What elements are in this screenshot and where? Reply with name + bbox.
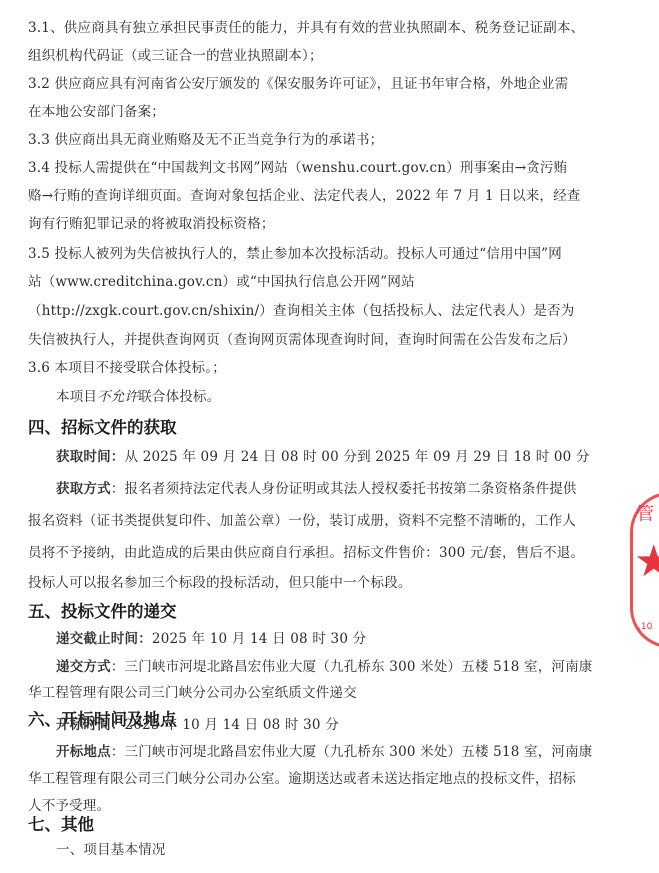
seal-number: .10 — [638, 622, 652, 632]
section-5-deadline-label: 递交截止时间： — [56, 631, 152, 647]
req-3-1-line2: 组织机构代码证（或三证合一的营业执照副本）； — [28, 47, 323, 65]
section-6-time-label: 开标时间： — [56, 717, 125, 733]
section-5-method-line1: 递交方式：三门峡市河堤北路昌宏伟业大厦（九孔桥东 300 米处）五楼 518 室… — [56, 658, 593, 676]
req-3-6: 3.6 本项目不接受联合体投标。； — [28, 359, 226, 377]
req-3-2-line2: 在本地公安部门备案； — [28, 103, 165, 121]
seal-star-icon: ★ — [634, 540, 659, 584]
req-3-5-line4: 失信被执行人，并提供查询网页（查询网页需体现查询时间，查询时间需在公告发布之后） — [28, 331, 576, 349]
section-4-method-line4: 投标人可以报名参加三个标段的投标活动，但只能中一个标段。 — [28, 574, 412, 592]
section-6-place-label: 开标地点 — [56, 744, 111, 760]
section-4-time-label: 获取时间： — [56, 449, 125, 465]
consortium-note-a: 本项目 — [56, 389, 97, 405]
section-5-method-text: ：三门峡市河堤北路昌宏伟业大厦（九孔桥东 300 米处）五楼 518 室，河南康 — [111, 659, 593, 675]
req-3-5-line3: （http://zxgk.court.gov.cn/shixin/）查询相关主体… — [28, 302, 574, 320]
req-3-5-line2: 站（www.creditchina.gov.cn）或“中国执行信息公开网”网站 — [28, 273, 415, 291]
consortium-note: 本项目不允许联合体投标。 — [56, 388, 220, 406]
section-7-heading: 七、其他 — [28, 815, 94, 835]
req-3-2-line1: 3.2 供应商应具有河南省公安厅颁发的《保安服务许可证》，且证书年审合格，外地企… — [28, 75, 568, 93]
consortium-note-italic: 不允许 — [97, 389, 138, 405]
section-4-method-text: ：报名者须持法定代表人身份证明或其法人授权委托书按第二条资格条件提供 — [111, 481, 577, 497]
seal-character: 管 — [636, 500, 654, 526]
section-4-heading: 四、招标文件的获取 — [28, 418, 177, 438]
section-5-method-line2: 华工程管理有限公司三门峡分公司办公室纸质文件递交 — [28, 684, 357, 702]
req-3-3: 3.3 供应商出具无商业贿赂及无不正当竞争行为的承诺书； — [28, 131, 383, 149]
req-3-5-line1: 3.5 投标人被列为失信被执行人的，禁止参加本次投标活动。投标人可通过“信用中国… — [28, 245, 562, 263]
section-4-method-line1: 获取方式：报名者须持法定代表人身份证明或其法人授权委托书按第二条资格条件提供 — [56, 480, 577, 498]
section-6-place-text: ：三门峡市河堤北路昌宏伟业大厦（九孔桥东 300 米处）五楼 518 室，河南康 — [111, 744, 593, 760]
section-4-method-label: 获取方式 — [56, 481, 111, 497]
section-7-item-1: 一、项目基本情况 — [56, 841, 166, 859]
section-5-deadline: 递交截止时间：2025 年 10 月 14 日 08 时 30 分 — [56, 630, 366, 648]
req-3-4-line1: 3.4 投标人需提供在“中国裁判文书网”网站（wenshu.court.gov.… — [28, 159, 567, 177]
section-4-method-line2: 报名资料（证书类提供复印件、加盖公章）一份，装订成册，资料不完整不清晰的，工作人 — [28, 512, 576, 530]
section-5-heading: 五、投标文件的递交 — [28, 602, 177, 622]
req-3-4-line3: 询有行贿犯罪记录的将被取消投标资格； — [28, 215, 275, 233]
section-6-place-line3: 人不予受理。 — [28, 797, 110, 815]
section-5-method-label: 递交方式 — [56, 659, 111, 675]
consortium-note-c: 联合体投标。 — [138, 389, 220, 405]
req-3-1-line1: 3.1、供应商具有独立承担民事责任的能力，并具有有效的营业执照副本、税务登记证副… — [28, 19, 584, 37]
section-6-place-line1: 开标地点：三门峡市河堤北路昌宏伟业大厦（九孔桥东 300 米处）五楼 518 室… — [56, 743, 593, 761]
req-3-4-line2: 赂→行贿的查询详细页面。查询对象包括企业、法定代表人，2022 年 7 月 1 … — [28, 187, 581, 205]
section-6-place-line2: 华工程管理有限公司三门峡分公司办公室。逾期送达或者未送达指定地点的投标文件，招标 — [28, 770, 576, 788]
section-5-deadline-value: 2025 年 10 月 14 日 08 时 30 分 — [152, 631, 366, 647]
section-4-time-value: 从 2025 年 09 月 24 日 08 时 00 分到 2025 年 09 … — [125, 449, 590, 465]
section-6-time-line: 开标时间：2025 年 10 月 14 日 08 时 30 分 — [56, 716, 339, 734]
document-page: 3.1、供应商具有独立承担民事责任的能力，并具有有效的营业执照副本、税务登记证副… — [0, 0, 659, 873]
section-4-method-line3: 员将不予接纳，由此造成的后果由供应商自行承担。招标文件售价：300 元/套，售后… — [28, 544, 584, 562]
section-6-time-value: 2025 年 10 月 14 日 08 时 30 分 — [125, 717, 339, 733]
section-4-time: 获取时间：从 2025 年 09 月 24 日 08 时 00 分到 2025 … — [56, 448, 590, 466]
